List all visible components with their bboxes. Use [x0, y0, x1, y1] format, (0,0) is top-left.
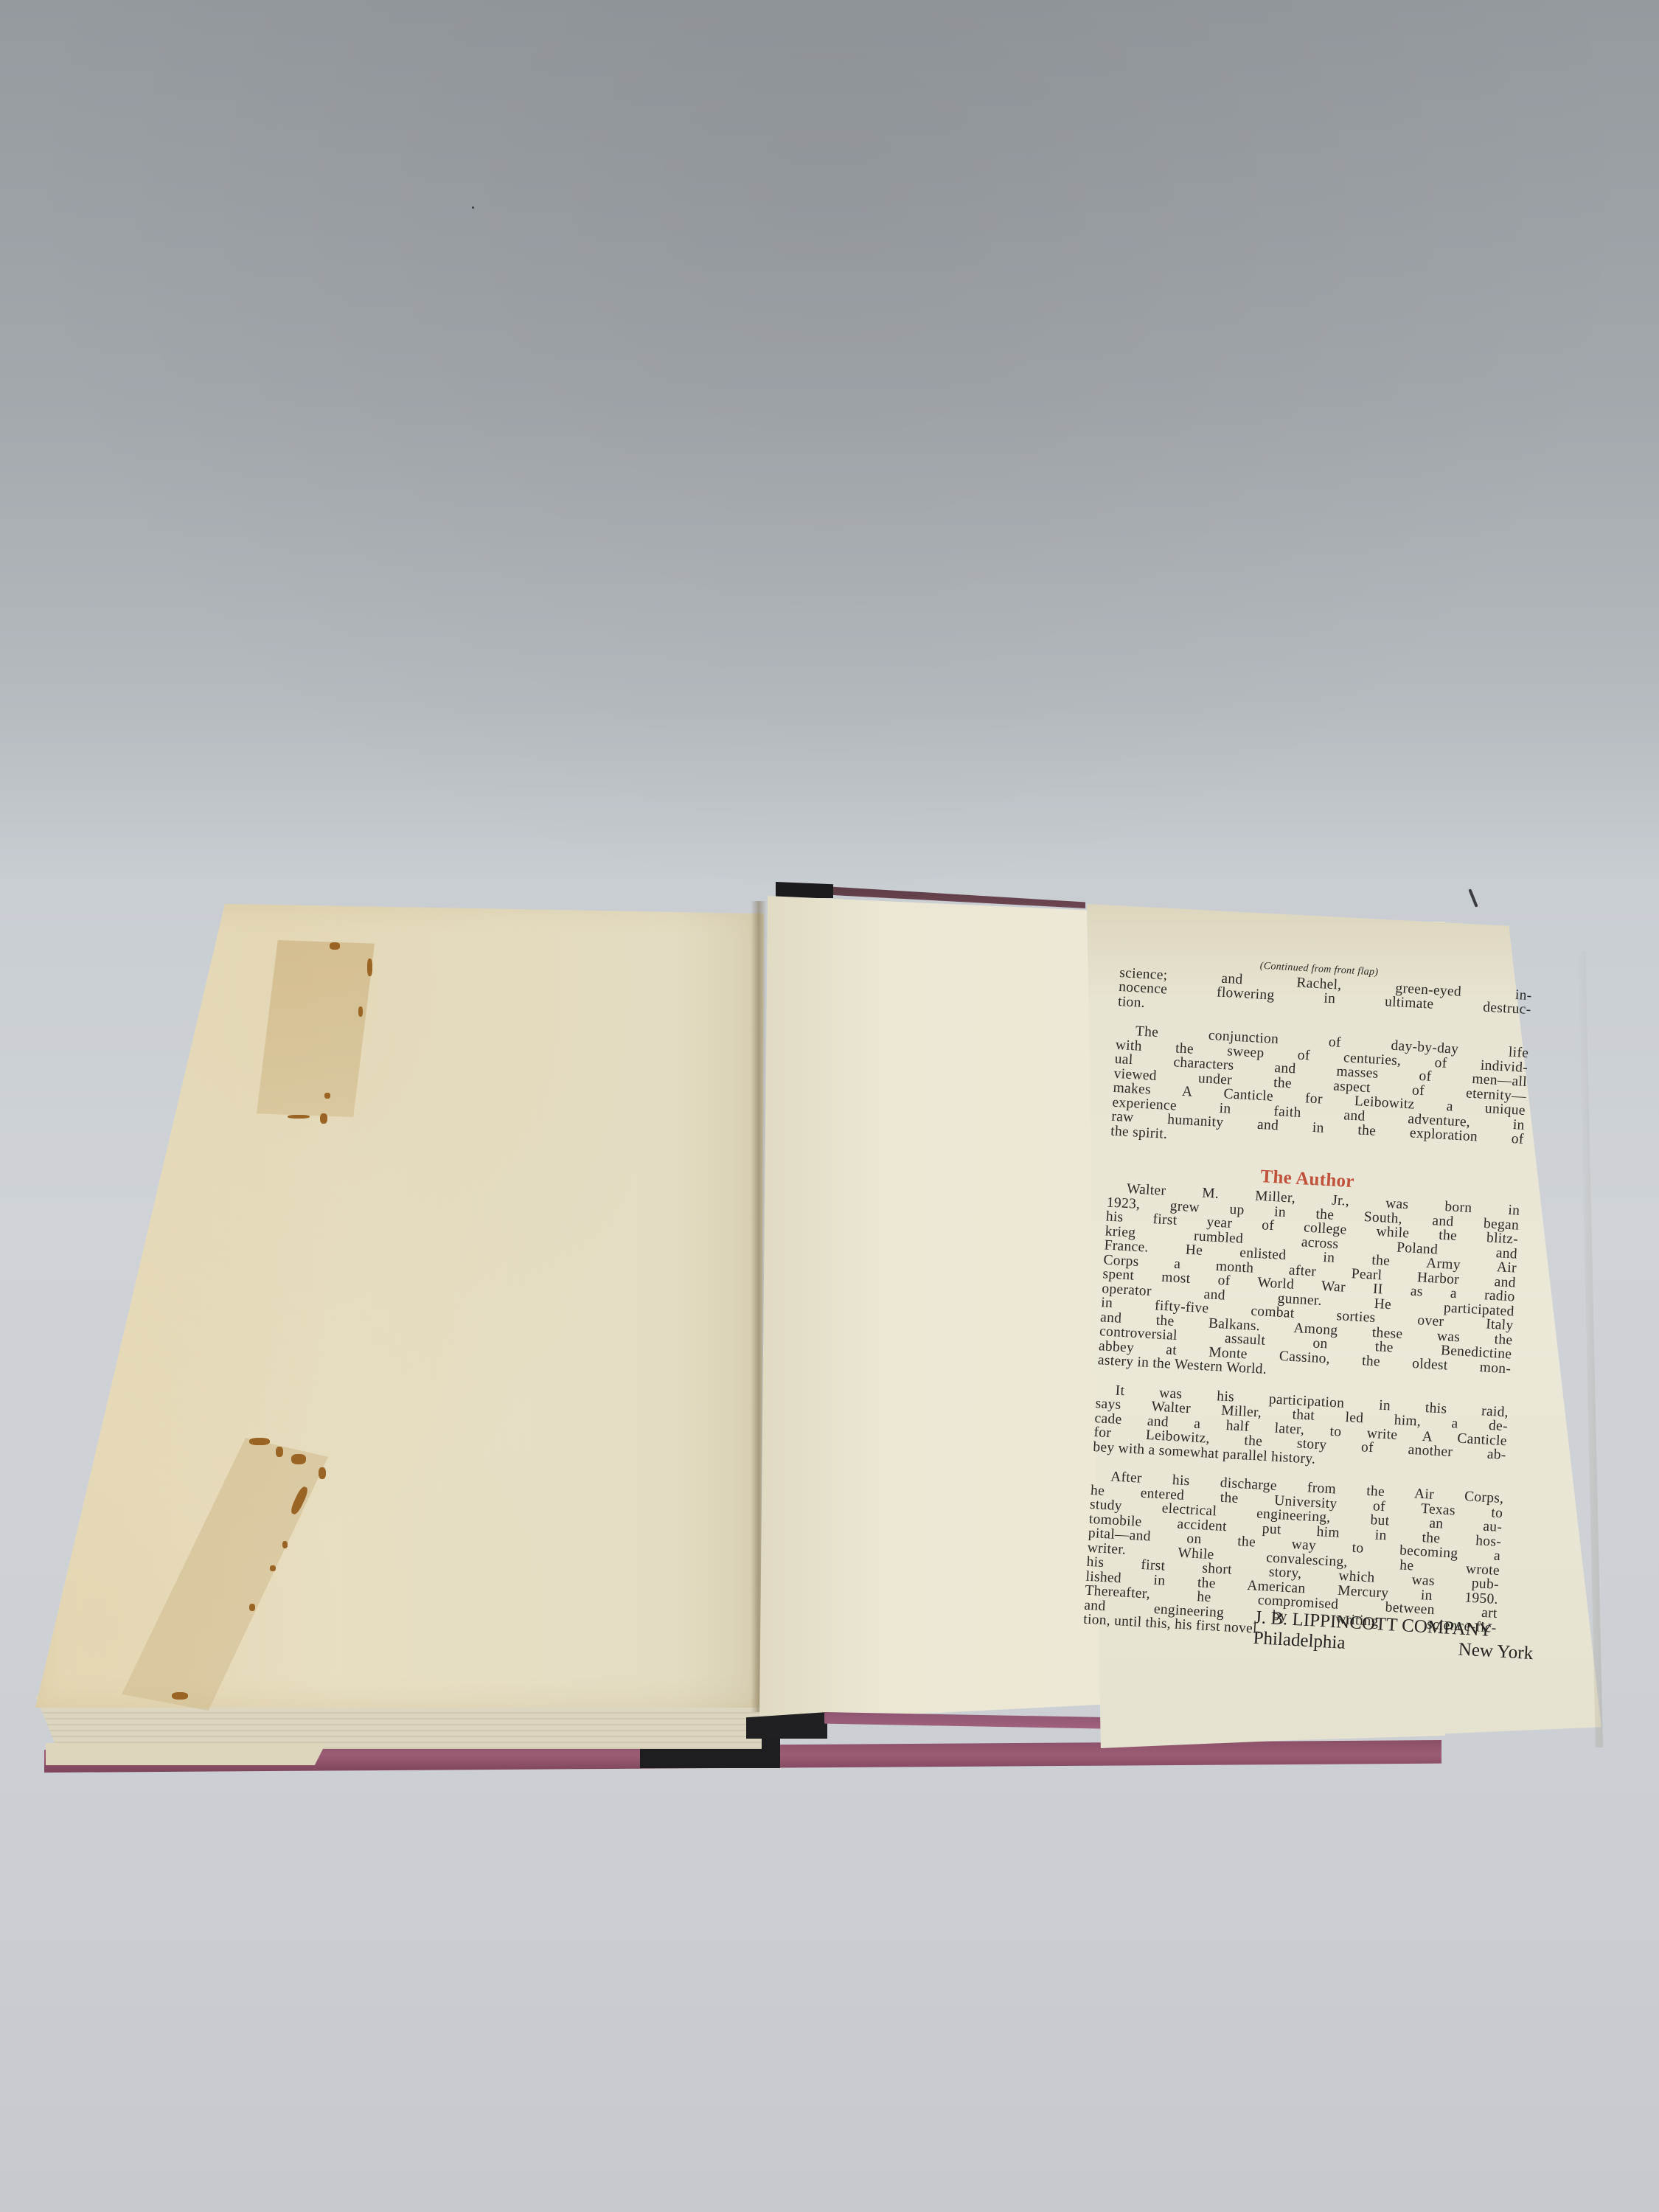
tape-residue [319, 1467, 326, 1479]
tape-residue [324, 1093, 330, 1099]
tape-residue [249, 1604, 255, 1611]
tape-residue [288, 1115, 310, 1119]
tape-residue [330, 942, 340, 950]
book-spine-top [776, 882, 833, 898]
dust-speck [472, 206, 474, 209]
endpaper-tab [46, 1743, 326, 1765]
tape-residue [358, 1006, 363, 1017]
tape-residue [270, 1565, 276, 1571]
tape-residue [172, 1692, 188, 1700]
flap-copy: (Continued from front flap) science; and… [1083, 951, 1533, 1649]
backdrop-shading [0, 0, 1659, 922]
tape-residue [249, 1438, 270, 1445]
tape-residue [276, 1447, 283, 1457]
tape-residue [291, 1454, 306, 1464]
tape-residue [320, 1113, 327, 1124]
tape-residue [282, 1541, 288, 1548]
tape-residue [367, 959, 372, 976]
paper-toning [35, 904, 764, 1708]
publisher-city-right: New York [1458, 1640, 1534, 1665]
